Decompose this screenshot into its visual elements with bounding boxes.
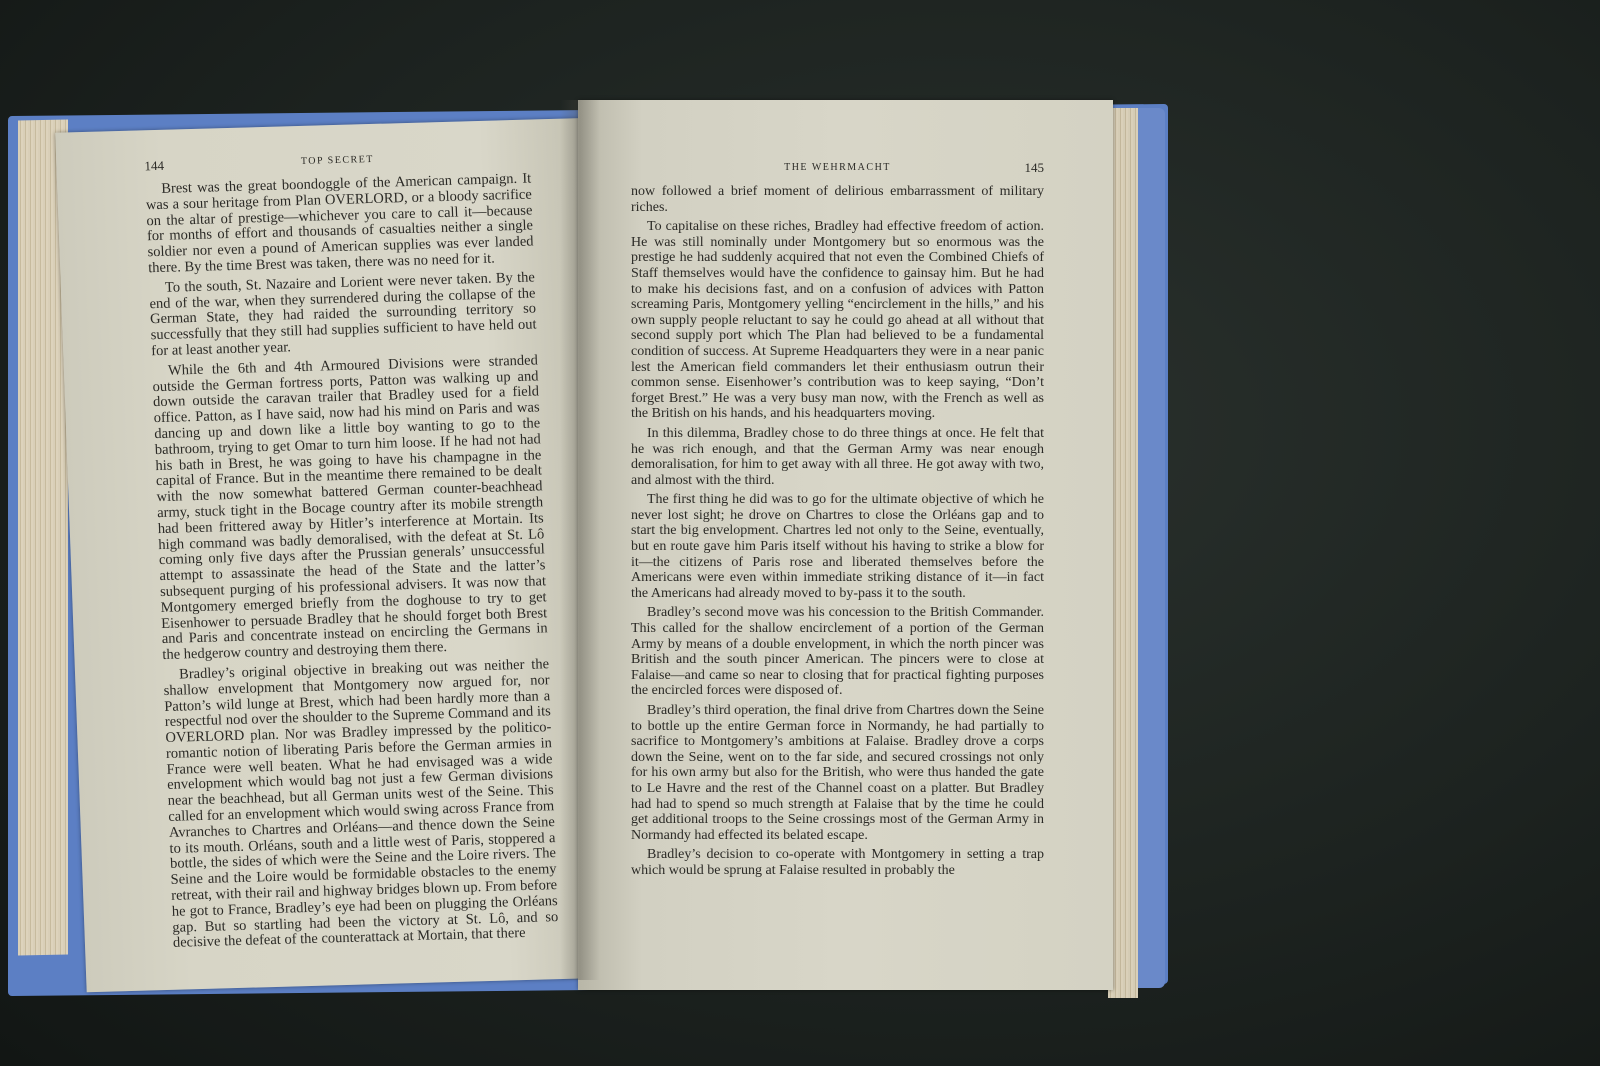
paragraph: The first thing he did was to go for the… [631,492,1044,601]
left-page: 144 TOP SECRET Brest was the great boond… [55,118,616,992]
paragraph: Bradley’s original objective in breaking… [163,657,559,952]
paragraph: Bradley’s third operation, the final dri… [631,703,1044,843]
paragraph: Bradley’s second move was his concession… [631,605,1044,699]
paragraph: To the south, St. Nazaire and Lorient we… [149,270,538,360]
right-page: THE WEHRMACHT 145 now followed a brief m… [578,100,1113,990]
page-number: 145 [1025,160,1045,176]
paragraph: now followed a brief moment of delirious… [631,184,1044,215]
left-page-body: Brest was the great boondoggle of the Am… [145,172,559,953]
running-head: TOP SECRET [144,150,530,172]
right-page-body: now followed a brief moment of delirious… [631,184,1044,879]
paragraph: To capitalise on these riches, Bradley h… [631,219,1044,422]
paragraph: Bradley’s decision to co-operate with Mo… [631,847,1044,878]
paragraph: Brest was the great boondoggle of the Am… [145,172,534,277]
paragraph: While the 6th and 4th Armoured Divisions… [152,353,549,664]
running-head: THE WEHRMACHT [631,162,1044,173]
paragraph: In this dilemma, Bradley chose to do thr… [631,426,1044,488]
right-page-header: THE WEHRMACHT 145 [631,156,1044,178]
